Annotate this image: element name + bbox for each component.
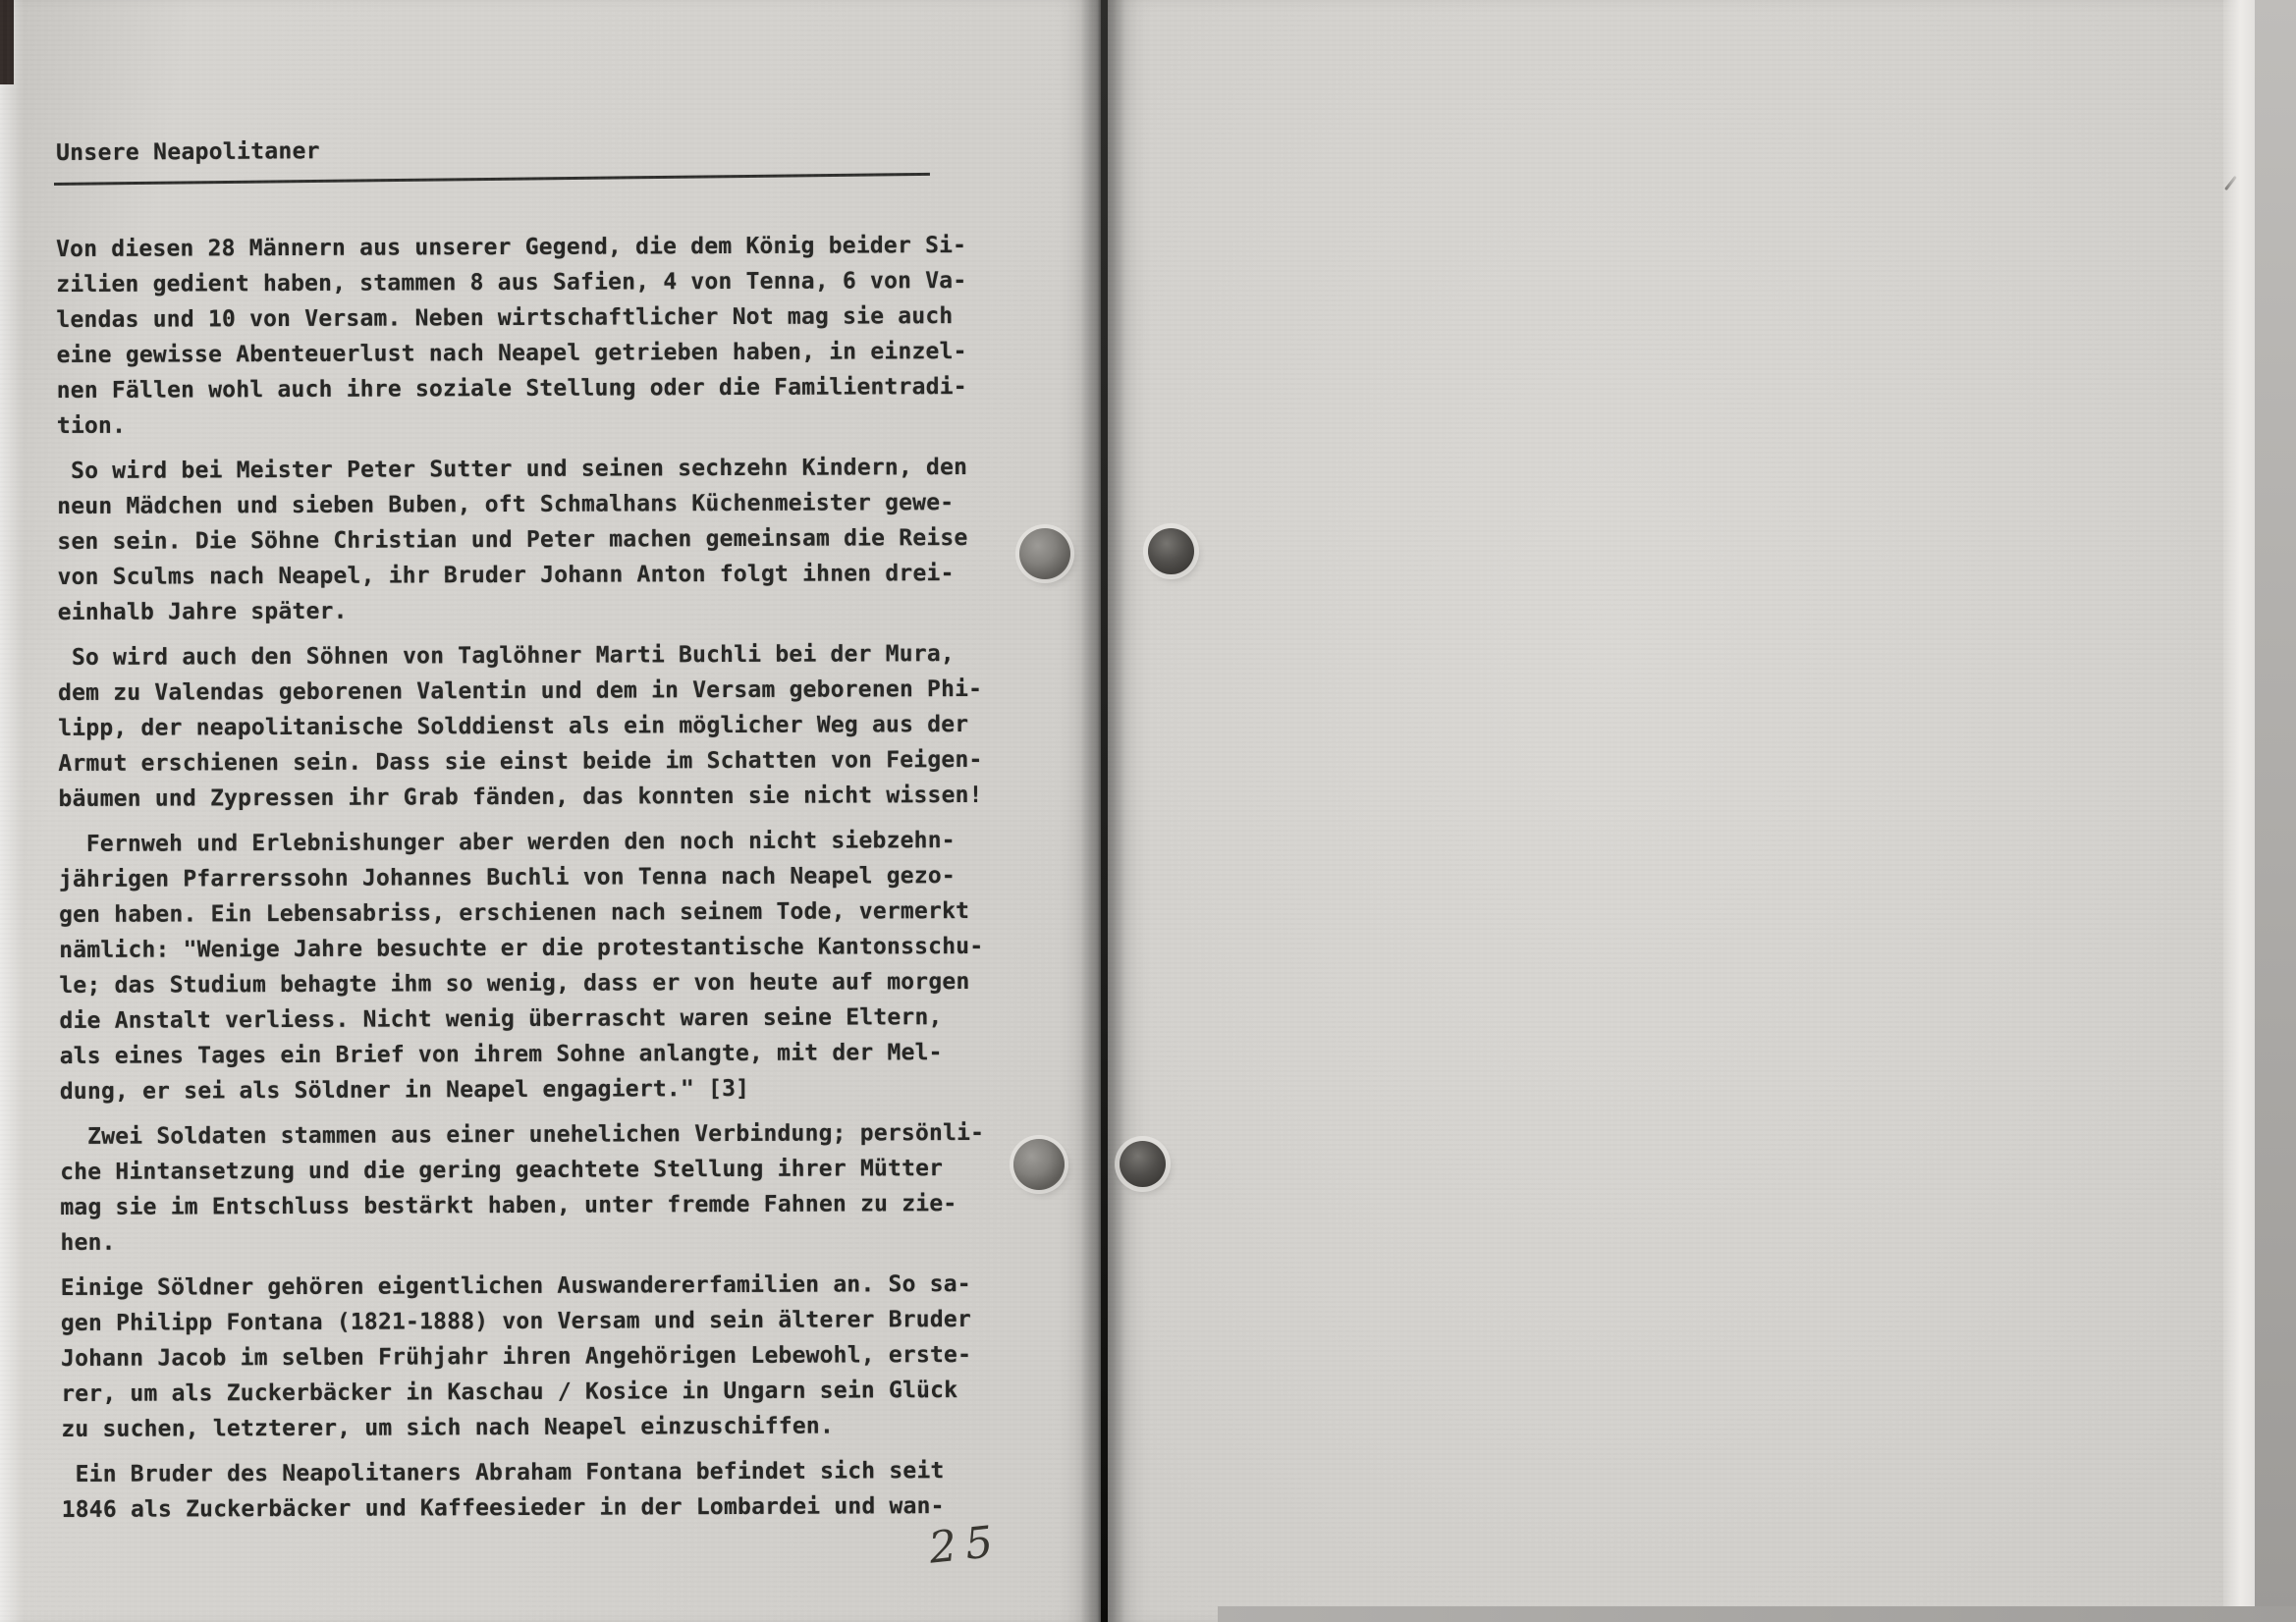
punch-hole [1013,1139,1065,1190]
punch-hole [1019,528,1070,579]
page-left: Unsere Neapolitaner Von diesen 28 Männer… [0,0,1102,1622]
binding-line [1101,0,1108,1622]
heading-underline [54,173,930,186]
paragraph: Einige Söldner gehören eigentlichen Ausw… [61,1267,1054,1447]
punch-hole [1120,1141,1166,1187]
scan-edge-left-highlight [0,0,24,1622]
scan-edge-right [2255,0,2296,1622]
paragraph: Zwei Soldaten stammen aus einer unehelic… [60,1115,1053,1261]
page-heading: Unsere Neapolitaner [56,138,320,166]
paragraph: So wird bei Meister Peter Sutter und sei… [57,450,1050,630]
text-column-left: Von diesen 28 Männern aus unserer Gegend… [56,228,1054,1538]
punch-hole [1148,528,1194,574]
scan-edge-right-highlight [2223,0,2255,1622]
paragraph: Fernweh und Erlebnishunger aber werden d… [59,823,1052,1109]
paragraph: So wird auch den Söhnen von Taglöhner Ma… [58,636,1051,817]
scan-corner-mark [0,0,14,84]
paragraph: Ein Bruder des Neapolitaners Abraham Fon… [61,1453,1053,1528]
page-number-left: 25 [927,1516,1005,1573]
scan-edge-bottom [1218,1606,2296,1622]
page-right: dert später nach Amerika aus; Bruder Bal… [1102,0,2241,1622]
paragraph: Von diesen 28 Männern aus unserer Gegend… [56,228,1049,444]
book-scan: Unsere Neapolitaner Von diesen 28 Männer… [0,0,2296,1622]
